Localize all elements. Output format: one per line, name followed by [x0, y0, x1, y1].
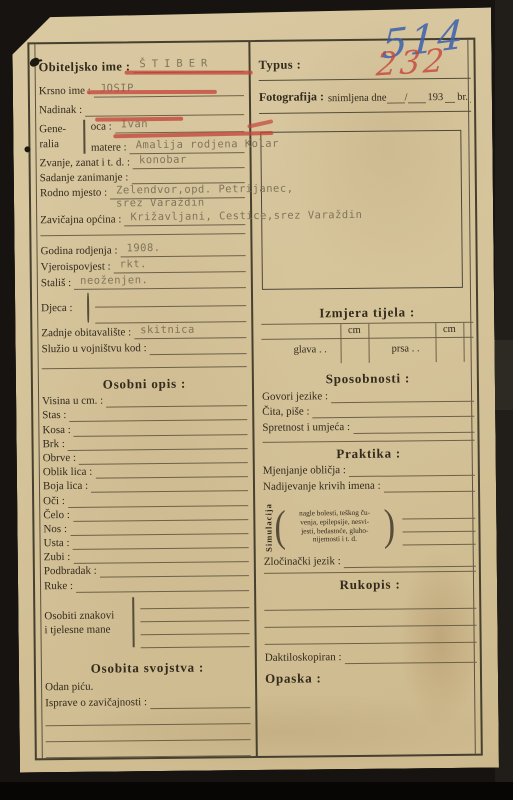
field-godina-rodjenja: Godina rodjenja : 1908. [40, 240, 245, 258]
simulacija-vertical-label: Simulacija [263, 501, 274, 553]
praktika-field-row: Nadijevanje krivih imena : [263, 476, 475, 494]
field-label: Spretnost i umjeća : [262, 420, 353, 434]
left-column: Obiteljsko ime : ŠTIBER Krsno ime : JOSI… [38, 48, 250, 758]
field-label: Obiteljsko ime : [39, 60, 134, 74]
section-rule [42, 366, 247, 369]
cm-header: cm [340, 325, 368, 336]
red-underline-surname [125, 71, 253, 74]
field-label: Nadinak : [39, 104, 85, 117]
field-stalis: Stališ : neoženjen. [41, 272, 246, 290]
prsa-label: prsa . . [392, 343, 420, 354]
close-paren: ) [382, 492, 396, 560]
field-line [100, 563, 249, 579]
ink-dot [24, 146, 30, 152]
field-line [344, 552, 476, 567]
cm-header: cm [435, 324, 463, 335]
handwritten-number-red: 232 [375, 44, 448, 80]
background-bottom-edge [0, 782, 513, 800]
simulacija-block: Simulacija ( nagle bolesti, teškog ču- v… [263, 499, 476, 553]
field-line [140, 608, 250, 622]
field-label: Obrve : [43, 452, 79, 465]
field-label: Stas : [42, 409, 69, 422]
field-line: Križavljani, Cestice,srez Varaždin [124, 211, 245, 226]
field-label: Kosa : [42, 423, 74, 436]
field-label: Rodno mjesto : [40, 187, 110, 201]
field-label: Oblik lica : [43, 466, 96, 480]
typed-value: ŠTIBER [139, 57, 213, 71]
typed-value: rkt. [120, 258, 147, 271]
field-rodno-mjesto: Rodno mjesto : Zelendvor,opd. Petrijanec… [40, 183, 245, 200]
field-line [140, 634, 250, 648]
foto-br: br. [455, 92, 470, 103]
field-label: Djeca : [41, 302, 76, 314]
field-zlocinacki-jezik: Zločinački jezik : [264, 551, 476, 568]
field-line [150, 694, 250, 709]
field-label: Sadanje zanimanje : [40, 171, 132, 185]
field-label: Zadnje obitavalište : [41, 326, 134, 340]
opis-field-row: Ruke : [44, 577, 249, 593]
osobiti-bracket [132, 597, 134, 647]
typed-value: Amalija rodjena Kolar [136, 138, 279, 152]
field-zavicajna-opcina: Zavičajna općina : Križavljani, Cestice,… [40, 210, 245, 227]
field-daktiloskopiran: Daktiloskopiran : [265, 647, 477, 664]
section-rule [264, 570, 476, 573]
sposobnosti-field-row: Spretnost i umjeća : [262, 417, 474, 435]
field-label: Fotografija : [259, 89, 328, 105]
sim-line: nijemosti i t. d. [287, 535, 383, 545]
typed-value: konobar [139, 154, 187, 167]
field-label: Zubi : [44, 551, 74, 564]
field-label: Daktiloskopiran : [265, 651, 345, 665]
field-label: Nadijevanje krivih imena : [263, 479, 384, 493]
field-line: rkt. [114, 258, 246, 273]
background-crease [493, 340, 513, 410]
praktika-field-row: Mjenjanje obličja : [263, 460, 475, 478]
field-line [74, 421, 248, 437]
typed-value: skitnica [140, 324, 195, 338]
field-line [131, 169, 245, 184]
field-fotografija: Fotografija : snimljena dne / 193 br. [259, 87, 471, 105]
field-label: oca : [91, 120, 115, 133]
typed-value: Zelendvor,opd. Petrijanec, [116, 183, 294, 198]
field-line [73, 548, 249, 564]
table-line [463, 323, 464, 362]
field-label: Čita, piše : [262, 405, 312, 419]
heading-rukopis: Rukopis : [264, 575, 476, 593]
field-line: 1908. [120, 242, 245, 257]
fill-line [387, 93, 405, 103]
field-line [91, 477, 248, 493]
typed-value-line2: srez Varaždin [116, 197, 205, 211]
heading-izmjera-tijela: Izmjera tijela : [261, 304, 473, 322]
field-line: neoženjen. [74, 274, 246, 290]
field-line [95, 306, 247, 324]
field-label: Služio u vojništvu kod : [41, 342, 149, 356]
blank-line [264, 609, 476, 627]
field-label: Visina u cm. : [42, 395, 106, 409]
field-line [384, 477, 476, 492]
foto-text: snimljena dne [328, 93, 387, 105]
field-line [85, 101, 244, 117]
field-label: Govori jezike : [262, 390, 331, 404]
foto-year: 193 [425, 92, 445, 103]
field-djeca: Djeca : [41, 290, 246, 324]
field-line [140, 595, 250, 609]
field-vjeroispovjest: Vjeroispovjest : rkt. [41, 256, 246, 274]
field-line [344, 648, 476, 663]
red-underline-firstname [87, 90, 217, 94]
fill-line [445, 93, 455, 103]
blank-line [264, 592, 476, 610]
field-line [106, 392, 247, 407]
heading-opaska: Opaska : [265, 668, 477, 686]
generalia-line1: Gene- [39, 123, 66, 135]
field-label: Ruke : [44, 580, 76, 593]
osobiti-line2: i tjelesne mane [44, 622, 132, 637]
table-line [368, 324, 369, 363]
field-line [402, 532, 475, 546]
field-label: matere : [91, 141, 130, 154]
field-line [331, 387, 474, 402]
field-label: Zvanje, zanat i t. d. : [40, 156, 134, 170]
field-line [402, 505, 475, 519]
blank-line [45, 723, 250, 726]
heading-osobni-opis: Osobni opis : [42, 375, 247, 394]
djeca-bracket [87, 293, 89, 323]
glava-label: glava . . [294, 344, 327, 355]
field-line [150, 340, 247, 355]
section-rule [263, 439, 475, 442]
generalia-line2: ralia [39, 138, 59, 150]
field-line [95, 463, 248, 479]
field-line [94, 290, 246, 308]
field-zvanje: Zvanje, zanat i t. d. : konobar [40, 153, 245, 170]
fill-line [470, 93, 471, 103]
field-line [349, 462, 475, 477]
typed-value: 1908. [126, 242, 160, 255]
sposobnosti-field-row: Govori jezike : [262, 386, 474, 404]
field-label: Osobiti znakovi i tjelesne mane [44, 596, 133, 649]
field-isprave: Isprave o zavičajnosti : [45, 693, 250, 710]
field-label: Brk : [42, 438, 67, 451]
field-line: konobar [133, 154, 245, 169]
heading-osobita-svojstva: Osobita svojstva : [45, 659, 250, 679]
table-line [261, 337, 473, 340]
field-label: Mjenjanje obličja : [263, 464, 349, 478]
section-rule [40, 233, 245, 236]
field-sluzio-u-vojnistvu: Služio u vojništvu kod : [41, 338, 246, 356]
blank-line [264, 626, 476, 644]
open-paren: ( [273, 493, 287, 561]
field-mother: matere : Amalija rodjena Kolar [91, 138, 245, 155]
field-line [140, 621, 250, 635]
field-line: skitnica [134, 324, 246, 339]
sposobnosti-field-row: Čita, piše : [262, 401, 474, 419]
fill-line [407, 93, 425, 103]
field-label: Čelo : [43, 509, 73, 522]
osobiti-line1: Osobiti znakovi [44, 608, 132, 623]
field-label: Isprave o zavičajnosti : [45, 696, 150, 710]
field-line [353, 418, 474, 433]
field-zadnje-obitavaliste: Zadnje obitavalište : skitnica [41, 322, 246, 340]
field-osobiti-znakovi: Osobiti znakovi i tjelesne mane [44, 595, 250, 649]
field-line [73, 506, 249, 522]
field-label: Podbradak : [44, 565, 100, 579]
field-line [76, 577, 249, 593]
field-line: Amalija rodjena Kolar [130, 139, 245, 154]
field-line [79, 449, 248, 465]
form-paper: 514 232 Obiteljsko ime : ŠTIBER Krsno im… [12, 8, 499, 773]
field-label: Usta : [44, 537, 73, 550]
typed-value: neoženjen. [80, 274, 148, 288]
field-label: Zavičajna općina : [40, 213, 124, 227]
field-label: Nos : [43, 523, 70, 536]
field-label: Oči : [43, 494, 68, 507]
field-label: Gene- ralia [39, 119, 81, 155]
izmjera-table: cm cm glava . . prsa . . [261, 322, 473, 364]
field-label: Godina rodjenja : [40, 244, 120, 258]
field-line [313, 403, 475, 419]
typed-value: Križavljani, Cestice,srez Varaždin [130, 209, 362, 224]
simulacija-small-text: nagle bolesti, teškog ču- venja, epileps… [287, 509, 383, 544]
field-label: Stališ : [41, 277, 74, 290]
field-line [402, 519, 475, 533]
field-label: Vjeroispovjest : [41, 260, 114, 274]
field-nadinak: Nadinak : [39, 100, 244, 117]
blank-line [46, 739, 251, 742]
field-label: Boja lica : [43, 480, 91, 494]
field-label: Krsno ime : [39, 85, 94, 99]
generalia-bracket [83, 120, 85, 154]
